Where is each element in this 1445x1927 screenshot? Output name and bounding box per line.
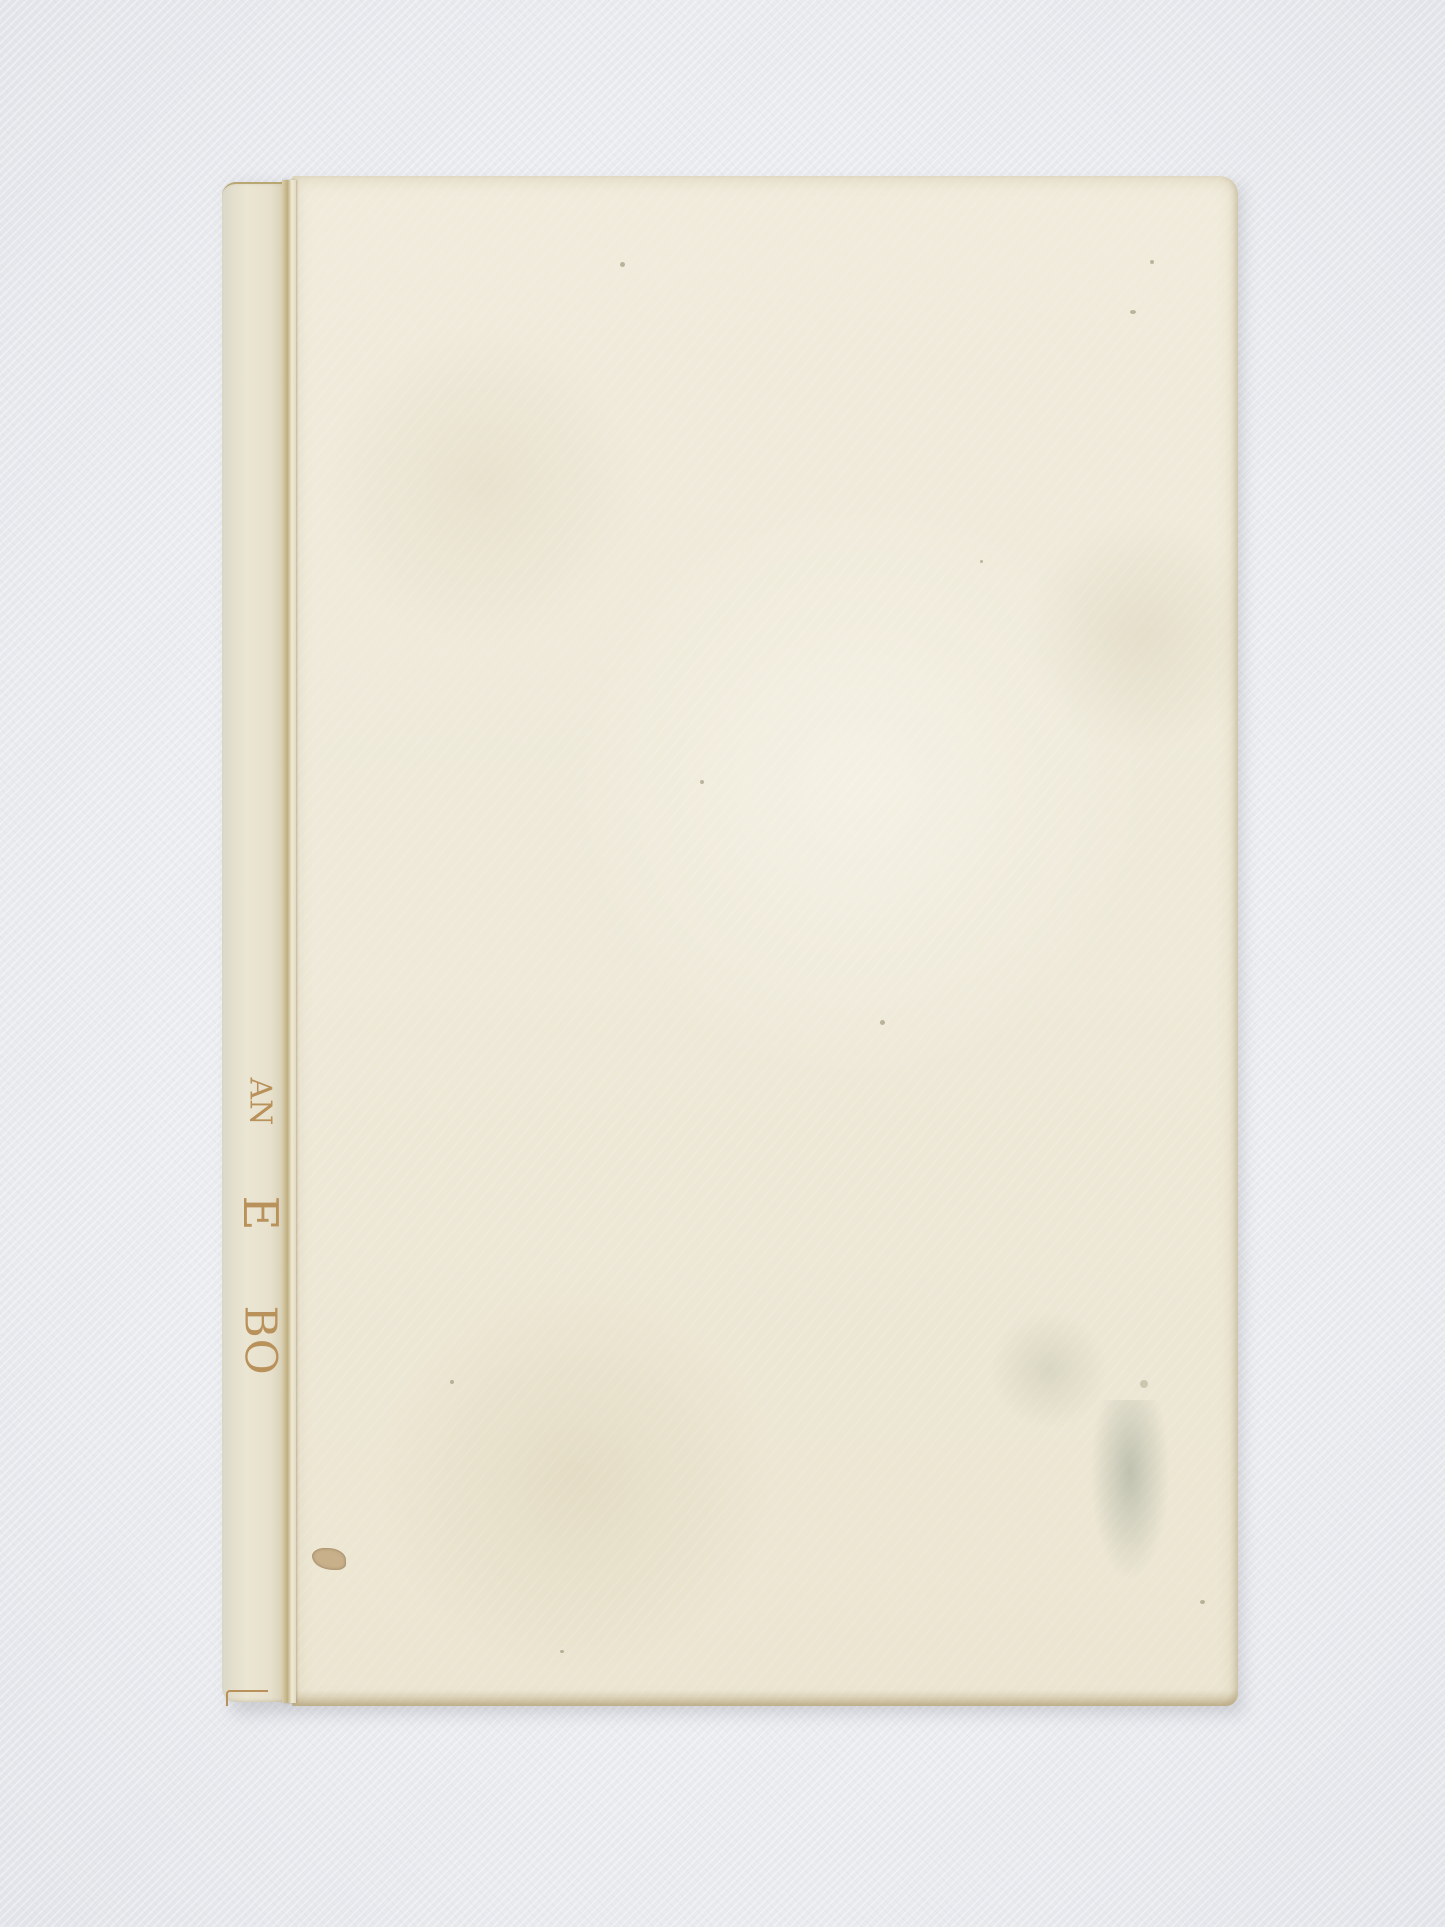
foxing-spot <box>980 560 983 563</box>
foxing-spot <box>880 1020 885 1025</box>
spine-lettering-3: BO <box>235 1306 286 1346</box>
foxing-spot <box>700 780 704 784</box>
foxing-spot <box>560 1650 564 1653</box>
spine-gilt-band <box>226 1690 268 1706</box>
cover-hinge <box>282 180 296 1703</box>
foxing-spot <box>1200 1600 1205 1604</box>
foxing-spot <box>620 262 625 267</box>
mold-stain <box>1090 1400 1170 1580</box>
foxing-spot <box>1150 260 1154 264</box>
spine-lettering-2: E <box>232 1193 288 1233</box>
photo-scene: AN E BO <box>0 0 1445 1927</box>
foxing-spot <box>450 1380 454 1384</box>
spine-lettering-1: AN <box>243 1078 278 1118</box>
cover-bottom-edge <box>292 1690 1238 1706</box>
foxing-spot <box>1140 1380 1148 1388</box>
foxing-spot <box>1130 310 1136 314</box>
